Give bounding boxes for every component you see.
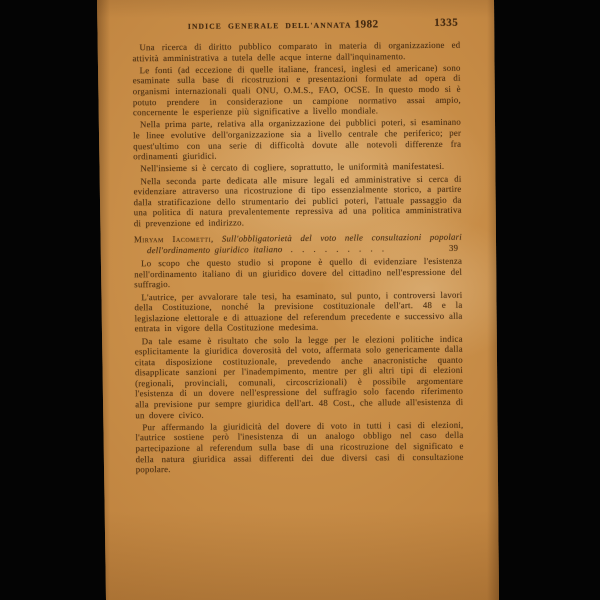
abstract-paragraph: Nella seconda parte dedicata alle misure…: [133, 173, 461, 229]
abstract-paragraph: Nell'insieme si è cercato di cogliere, s…: [133, 161, 461, 174]
header-title-text: INDICE GENERALE DELL'ANNATA: [188, 21, 352, 31]
abstract-section-b: Lo scopo che questo studio si propone è …: [134, 256, 464, 475]
abstract-paragraph: L'autrice, per avvalorare tale tesi, ha …: [134, 289, 462, 334]
running-head: INDICE GENERALE DELL'ANNATA1982 1335: [132, 19, 460, 35]
abstract-paragraph: Da tale esame è risultato che solo la le…: [135, 333, 464, 420]
entry-separator: ,: [211, 234, 222, 244]
entry-author: Miryam Iacometti: [134, 234, 211, 245]
abstract-paragraph: Nella prima parte, relativa alla organiz…: [133, 117, 461, 162]
abstract-paragraph: Pur affermando la giuridicità del dovere…: [135, 420, 463, 476]
book-page: INDICE GENERALE DELL'ANNATA1982 1335 Una…: [96, 0, 499, 600]
abstract-paragraph: Le fonti (ad eccezione di quelle italian…: [133, 62, 461, 118]
abstract-section-a: Una ricerca di diritto pubblico comparat…: [132, 40, 461, 229]
page-number: 1335: [434, 18, 458, 29]
running-head-title: INDICE GENERALE DELL'ANNATA1982: [188, 19, 379, 32]
abstract-paragraph: Una ricerca di diritto pubblico comparat…: [132, 40, 460, 64]
dot-leader: . . . . . . . . .: [282, 243, 385, 254]
index-entry: Miryam Iacometti, Sull'obbligatorietà de…: [134, 232, 462, 256]
abstract-paragraph: Lo scopo che questo studio si propone è …: [134, 256, 462, 290]
page-content: INDICE GENERALE DELL'ANNATA1982 1335 Una…: [132, 19, 464, 477]
book-photo: INDICE GENERALE DELL'ANNATA1982 1335 Una…: [0, 0, 600, 600]
header-year: 1982: [355, 18, 379, 30]
